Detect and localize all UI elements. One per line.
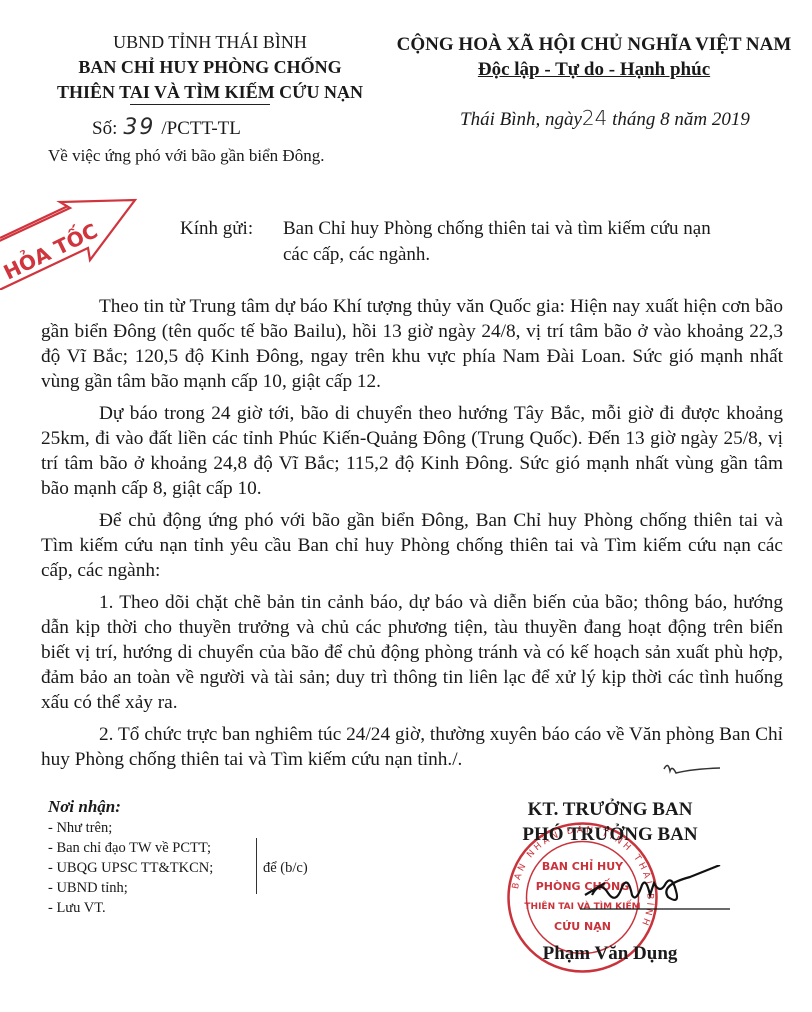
receivers-group-note: để (b/c) (263, 858, 308, 878)
body-paragraph: Dự báo trong 24 giờ tới, bão di chuyển t… (41, 401, 783, 501)
document-body: Theo tin từ Trung tâm dự báo Khí tượng t… (41, 294, 783, 779)
document-number: Số:39/PCTT-TL (92, 115, 241, 140)
date-day-handwritten: 24 (582, 106, 607, 130)
document-number-handwritten: 39 (123, 115, 155, 140)
national-motto-block: CỘNG HOÀ XÃ HỘI CHỦ NGHĨA VIỆT NAM Độc l… (378, 32, 810, 82)
receivers-block: Nơi nhận: - Như trên; - Ban chỉ đạo TW v… (48, 797, 213, 918)
signature-title-line1: KT. TRƯỞNG BAN (490, 797, 730, 822)
document-subject: Về việc ứng phó với bão gần biển Đông. (48, 146, 324, 166)
recipient-block: Kính gửi:Ban Chỉ huy Phòng chống thiên t… (180, 216, 711, 268)
body-paragraph: Theo tin từ Trung tâm dự báo Khí tượng t… (41, 294, 783, 394)
recipient-line2: các cấp, các ngành. (180, 242, 711, 268)
receiver-item: - Như trên; (48, 818, 213, 838)
receiver-item: - Lưu VT. (48, 898, 213, 918)
receiver-item: - UBND tỉnh; (48, 878, 213, 898)
handwritten-signature-icon (580, 865, 740, 915)
recipient-line1: Ban Chỉ huy Phòng chống thiên tai và tìm… (283, 218, 711, 239)
receivers-title: Nơi nhận: (48, 797, 213, 817)
handwritten-end-mark-icon (662, 757, 722, 777)
seal-text-line: CỨU NẠN (505, 918, 660, 936)
agency-name-line2: THIÊN TAI VÀ TÌM KIẾM CỨU NẠN (40, 80, 380, 105)
body-paragraph-item-1: 1. Theo dõi chặt chẽ bản tin cảnh báo, d… (41, 590, 783, 715)
receiver-item: - Ban chỉ đạo TW về PCTT; (48, 838, 213, 858)
agency-name-line1: BAN CHỈ HUY PHÒNG CHỐNG (40, 55, 380, 80)
urgent-stamp-icon: HỎA TỐC (0, 180, 190, 290)
receiver-item: - UBQG UPSC TT&TKCN; (48, 858, 213, 878)
recipient-label: Kính gửi: (180, 216, 283, 242)
group-bracket (256, 838, 257, 894)
country-name: CỘNG HOÀ XÃ HỘI CHỦ NGHĨA VIỆT NAM (378, 32, 810, 57)
body-paragraph: Để chủ động ứng phó với bão gần biển Đôn… (41, 508, 783, 583)
signature-title-block: KT. TRƯỞNG BAN PHÓ TRƯỞNG BAN (490, 797, 730, 847)
document-date: Thái Bình, ngày24 tháng 8 năm 2019 (460, 106, 750, 131)
agency-underline (130, 104, 270, 105)
motto: Độc lập - Tự do - Hạnh phúc (378, 57, 810, 82)
signer-name: Phạm Văn Dụng (490, 943, 730, 965)
svg-text:HỎA TỐC: HỎA TỐC (0, 217, 101, 285)
signature-title-line2: PHÓ TRƯỞNG BAN (490, 822, 730, 847)
issuing-agency-block: UBND TỈNH THÁI BÌNH BAN CHỈ HUY PHÒNG CH… (40, 30, 380, 105)
agency-parent: UBND TỈNH THÁI BÌNH (40, 30, 380, 55)
